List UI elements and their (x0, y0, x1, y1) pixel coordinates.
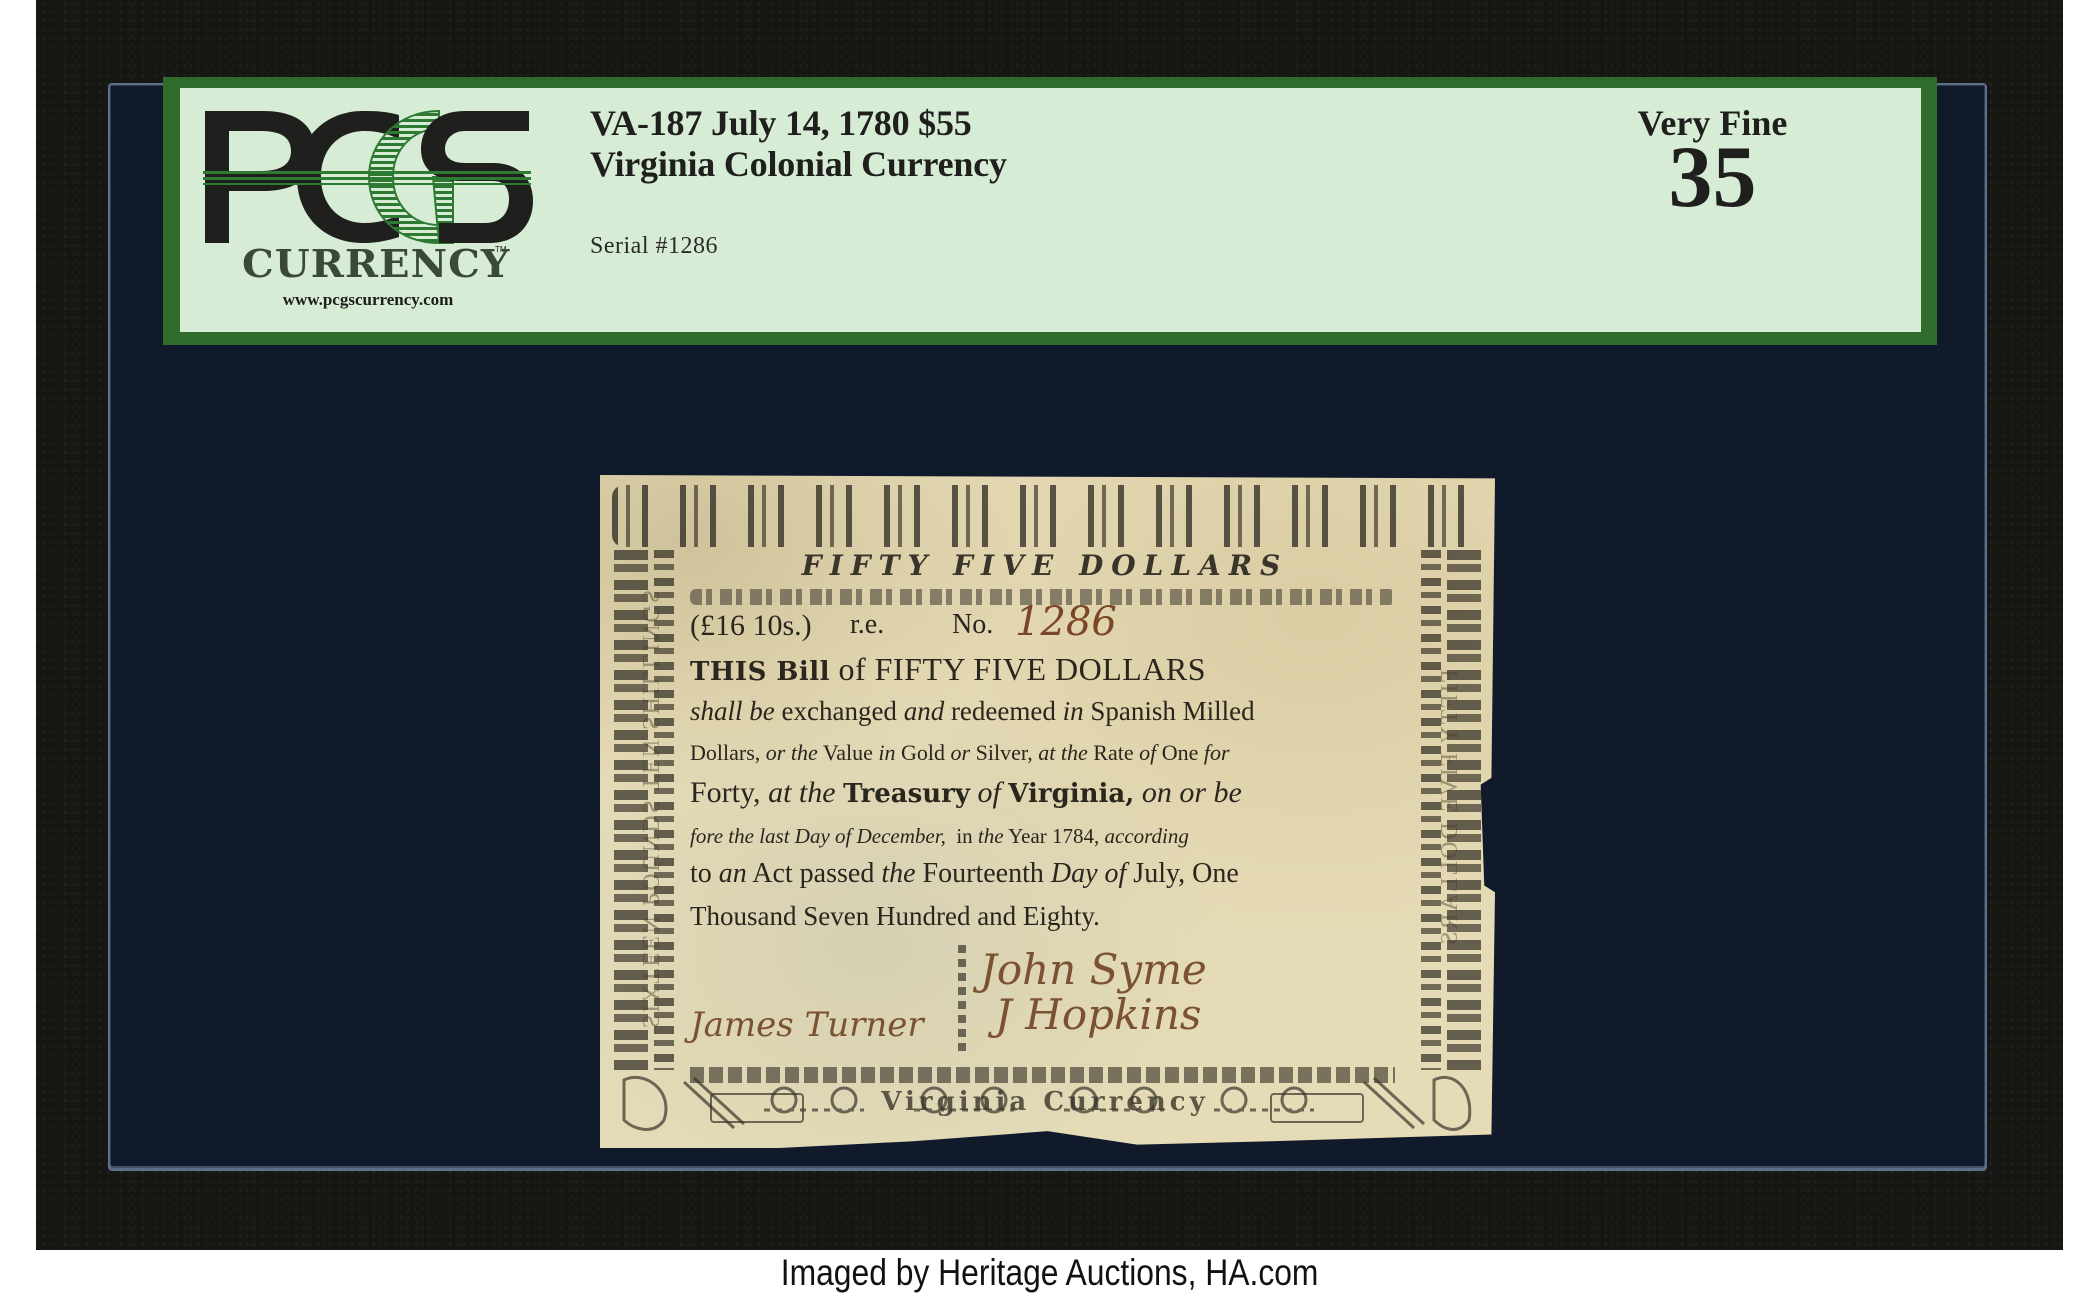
text-fragment: One (1162, 740, 1199, 765)
note-heading: FIFTY FIVE DOLLARS (720, 549, 1370, 582)
text-fragment: Virginia, (1008, 779, 1134, 809)
text-line-1: THIS Bill of FIFTY FIVE DOLLARS (690, 653, 1400, 688)
signature-bracket-ornament (958, 945, 966, 1055)
text-line-4: Forty, at the Treasury of Virginia, on o… (690, 777, 1400, 810)
pcgs-label: TM CURRENCY www.pcgscurrency.com VA-187 … (163, 77, 1937, 345)
text-fragment: in (1063, 696, 1084, 726)
text-fragment: or the (766, 740, 818, 765)
text-line-7: Thousand Seven Hundred and Eighty. (690, 900, 1400, 932)
text-fragment: at the (1038, 740, 1088, 765)
text-fragment: THIS Bill (690, 657, 830, 687)
text-fragment: Value (823, 740, 873, 765)
text-fragment: exchanged (782, 696, 897, 726)
caption-text: Imaged by Heritage Auctions, HA.com (781, 1252, 1319, 1294)
text-fragment: Treasury (843, 779, 970, 809)
text-line-3: Dollars, or the Value in Gold or Silver,… (690, 737, 1400, 769)
banknote: SIXTEEN POUNDS TEN SHILLINGS FIFTY FIVE … (600, 475, 1495, 1148)
text-fragment: Thousand Seven Hundred and Eighty. (690, 901, 1100, 931)
text-fragment: Silver, (976, 740, 1033, 765)
text-line-5: fore the last Day of December, in the Ye… (690, 820, 1400, 852)
text-fragment: fore the last Day of December, (690, 824, 946, 848)
side-text-right: FIFTY FIVE DOLLARS (1437, 553, 1463, 1063)
label-panel: TM CURRENCY www.pcgscurrency.com VA-187 … (180, 88, 1921, 332)
text-fragment: in (878, 740, 895, 765)
side-text-left: SIXTEEN POUNDS TEN SHILLINGS (637, 553, 663, 1063)
text-fragment: of FIFTY FIVE DOLLARS (839, 651, 1207, 687)
text-fragment: Gold (901, 740, 945, 765)
text-fragment: Day of (1051, 858, 1126, 889)
text-fragment: Fourteenth (923, 858, 1044, 889)
ornamental-border-top (612, 485, 1482, 547)
ornamental-border-bottom (614, 1070, 1484, 1140)
signature-right-bottom: J Hopkins (995, 990, 1201, 1039)
text-fragment: Year 1784, (1008, 824, 1099, 848)
text-fragment: an (719, 858, 747, 889)
serial-number: Serial #1286 (590, 233, 718, 260)
text-fragment: Spanish Milled (1090, 696, 1254, 726)
text-fragment: shall be (690, 696, 775, 726)
text-fragment: at the (768, 776, 836, 809)
signature-right-top: John Syme (980, 945, 1207, 994)
text-fragment: redeemed (951, 696, 1056, 726)
pcgs-url: www.pcgscurrency.com (203, 290, 533, 310)
re-label: r.e. (850, 609, 884, 641)
logo-currency-wordmark: CURRENCY (203, 247, 550, 281)
text-fragment: Dollars, (690, 740, 760, 765)
text-fragment: Act passed (752, 858, 874, 889)
grade-number: 35 (1620, 128, 1805, 228)
handwritten-serial: 1286 (1015, 599, 1117, 645)
text-fragment: of (977, 776, 1000, 809)
pcgs-logo-icon (203, 107, 533, 247)
text-fragment: or (951, 740, 971, 765)
text-fragment: to (690, 858, 712, 889)
catalog-subtitle: Virginia Colonial Currency (590, 143, 1007, 185)
text-fragment: for (1204, 740, 1230, 765)
text-fragment: July, One (1133, 858, 1239, 889)
text-fragment: and (904, 696, 945, 726)
text-fragment: Forty, (690, 776, 761, 809)
text-fragment: of (1139, 740, 1156, 765)
text-fragment: according (1105, 824, 1189, 848)
text-fragment: the (978, 824, 1004, 848)
signature-left: James Turner (690, 1005, 924, 1045)
number-label: No. (952, 609, 993, 641)
text-fragment: Rate (1093, 740, 1133, 765)
catalog-title: VA-187 July 14, 1780 $55 (590, 102, 972, 144)
sterling-value: (£16 10s.) (690, 609, 812, 643)
text-fragment: on or be (1142, 776, 1242, 809)
image-credit-caption: Imaged by Heritage Auctions, HA.com (0, 1252, 2100, 1294)
text-line-2: shall be exchanged and redeemed in Spani… (690, 695, 1400, 727)
text-fragment: the (881, 858, 915, 889)
text-line-6: to an Act passed the Fourteenth Day of J… (690, 858, 1400, 890)
text-fragment: in (956, 824, 972, 848)
